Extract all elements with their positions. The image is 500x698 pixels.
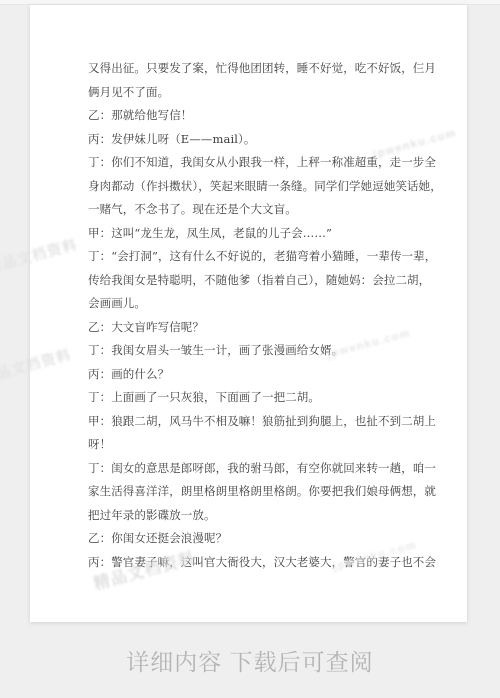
download-hint-text: 详细内容 下载后可查阅 (0, 644, 500, 677)
text-line: 一赌气，不念书了。现在还是个大文盲。 (88, 198, 418, 222)
text-line: 甲：狼跟二胡，风马牛不相及嘛！狼筋扯到狗腿上，也扯不到二胡上 (88, 410, 418, 434)
document-page: 又得出征。只要发了案，忙得他团团转，睡不好觉，吃不好饭，仨月 俩月见不了面。 乙… (30, 5, 467, 622)
text-line: 丁：“会打洞”，这有什么不好说的，老猫弯着小猫睡，一辈传一辈， (88, 245, 418, 269)
text-line: 甲：这叫“龙生龙，凤生凤，老鼠的儿子会……” (88, 222, 418, 246)
text-line: 乙：大文盲咋写信呢？ (88, 316, 418, 340)
text-line: 又得出征。只要发了案，忙得他团团转，睡不好觉，吃不好饭，仨月 (88, 57, 418, 81)
text-line: 丁：我闺女眉头一皱生一计，画了张漫画给女婿。 (88, 339, 418, 363)
document-preview-screen: 又得出征。只要发了案，忙得他团团转，睡不好觉，吃不好饭，仨月 俩月见不了面。 乙… (0, 0, 500, 698)
text-line: 传给我闺女是特聪明，不随他爹（指着自己），随她妈：会拉二胡， (88, 269, 418, 293)
text-line: 乙：那就给他写信！ (88, 104, 418, 128)
text-line: 把过年录的影碟放一放。 (88, 504, 418, 528)
text-line: 丁：上面画了一只灰狼，下面画了一把二胡。 (88, 386, 418, 410)
text-line: 丁：闺女的意思是郎呀郎，我的驸马郎，有空你就回来转一趟，咱一 (88, 457, 418, 481)
text-line: 身肉都动（作抖擞状），笑起来眼睛一条缝。同学们学她逗她笑话她， (88, 175, 418, 199)
text-line: 家生活得喜洋洋，朗里格朗里格朗里格朗。你要把我们娘母俩想，就 (88, 480, 418, 504)
text-line: 丙：发伊妹儿呀（E——mail）。 (88, 128, 418, 152)
text-line: 丙：警官妻子嘛，这叫官大衙役大，汉大老婆大，警官的妻子也不会 (88, 551, 418, 575)
text-line: 呀！ (88, 433, 418, 457)
text-line: 会画画儿。 (88, 292, 418, 316)
text-line: 俩月见不了面。 (88, 81, 418, 105)
document-text-block: 又得出征。只要发了案，忙得他团团转，睡不好觉，吃不好饭，仨月 俩月见不了面。 乙… (88, 57, 418, 574)
text-line: 丁：你们不知道，我闺女从小跟我一样，上秤一称准超重，走一步全 (88, 151, 418, 175)
text-line: 丙：画的什么？ (88, 363, 418, 387)
text-line: 乙：你闺女还挺会浪漫呢？ (88, 527, 418, 551)
